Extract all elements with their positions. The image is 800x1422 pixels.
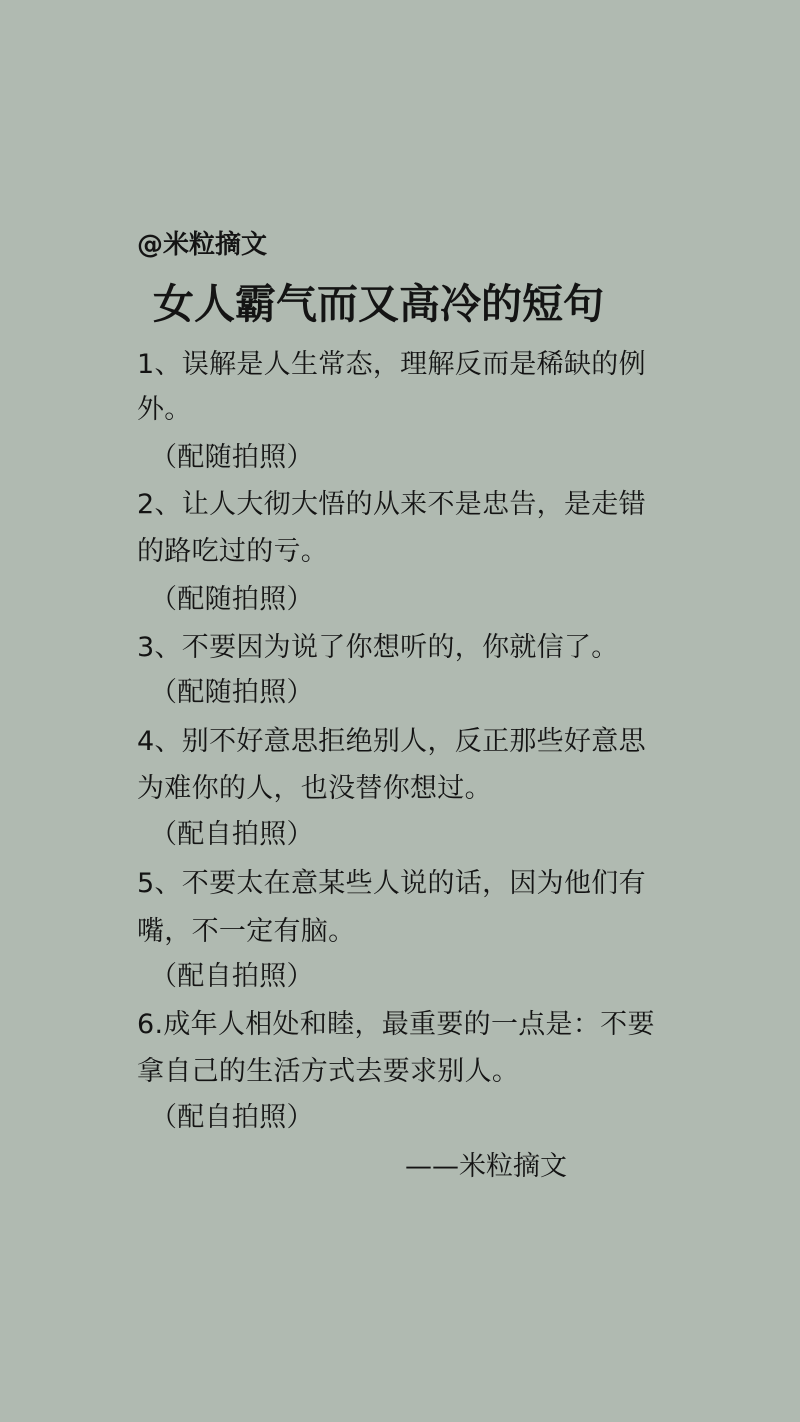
quote-line: 嘴，不一定有脑。 xyxy=(137,915,355,949)
quote-line: 4、别不好意思拒绝别人，反正那些好意思 xyxy=(137,725,646,759)
quote-line: 5、不要太在意某些人说的话，因为他们有 xyxy=(137,867,646,901)
photo-note: （配随拍照） xyxy=(150,676,314,710)
author-handle: @米粒摘文 xyxy=(137,229,267,261)
quote-line: 2、让人大彻大悟的从来不是忠告，是走错 xyxy=(137,488,646,522)
photo-note: （配随拍照） xyxy=(150,441,314,475)
photo-note: （配自拍照） xyxy=(150,1101,314,1135)
quote-line: 的路吃过的亏。 xyxy=(137,535,328,569)
quote-line: 3、不要因为说了你想听的，你就信了。 xyxy=(137,631,619,665)
quote-line: 6.成年人相处和睦，最重要的一点是：不要 xyxy=(137,1008,655,1042)
quote-line: 拿自己的生活方式去要求别人。 xyxy=(137,1055,519,1089)
quote-line: 为难你的人，也没替你想过。 xyxy=(137,772,492,806)
photo-note: （配随拍照） xyxy=(150,583,314,617)
quote-line: 外。 xyxy=(137,393,192,427)
photo-note: （配自拍照） xyxy=(150,818,314,852)
signature: ——米粒摘文 xyxy=(405,1150,567,1184)
page-title: 女人霸气而又高冷的短句 xyxy=(153,280,604,328)
quote-line: 1、误解是人生常态，理解反而是稀缺的例 xyxy=(137,348,646,382)
photo-note: （配自拍照） xyxy=(150,960,314,994)
